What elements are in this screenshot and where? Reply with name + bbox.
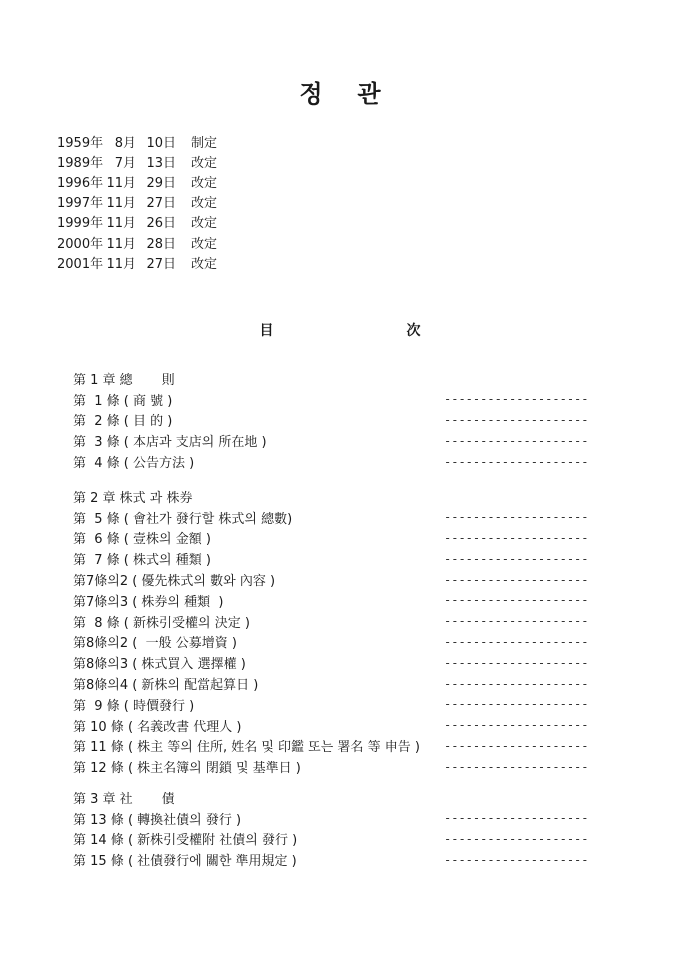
history-row: 2001年 11月 27日 改定 [57, 252, 217, 272]
history-row: 1999年 11月 26日 改定 [57, 212, 217, 232]
toc-entry: 第 10 條 ( 名義改書 代理人 ) -------------------- [0, 715, 680, 736]
toc-entry-label: 第 9 條 ( 時價發行 ) [73, 695, 194, 714]
toc-entry-label: 第 11 條 ( 株主 等의 住所, 姓名 및 印鑑 또는 署名 等 申告 ) [73, 736, 420, 755]
history-action: 改定 [191, 152, 217, 171]
toc-entry-label: 第 3 條 ( 本店과 支店의 所在地 ) [73, 431, 267, 450]
history-year: 1999年 [57, 212, 103, 231]
toc-entry: 第 4 條 ( 公告方法 ) -------------------- [0, 451, 680, 472]
history-day: 27日 [136, 192, 176, 211]
toc-entry: 第 7 條 ( 株式의 種類 ) -------------------- [0, 548, 680, 569]
toc-entry-label: 第 1 條 ( 商 號 ) [73, 390, 172, 409]
toc-entry-leader: -------------------- [444, 528, 589, 549]
toc-chapter-label: 第 1 章 總 則 [73, 369, 175, 388]
history-month: 11月 [103, 212, 136, 231]
history-month: 11月 [103, 253, 136, 272]
toc-chapter-2: 第 2 章 株式 과 株券 第 5 條 ( 會社가 發行할 株式의 總數) --… [0, 486, 680, 777]
toc-entry-leader: -------------------- [444, 410, 589, 431]
revision-history: 1959年 8月 10日 制定 1989年 7月 13日 改定 1996年 11… [57, 131, 217, 272]
toc-entry-leader: -------------------- [444, 611, 589, 632]
history-action: 改定 [191, 212, 217, 231]
history-month: 11月 [103, 233, 136, 252]
history-row: 1989年 7月 13日 改定 [57, 151, 217, 171]
history-day: 28日 [136, 233, 176, 252]
toc-entry-leader: -------------------- [444, 507, 589, 528]
toc-chapter-heading: 第 3 章 社 債 [0, 787, 680, 808]
toc-entry-label: 第 5 條 ( 會社가 發行할 株式의 總數) [73, 508, 292, 527]
toc-entry: 第 12 條 ( 株主名簿의 閉鎖 및 基準日 ) --------------… [0, 756, 680, 777]
toc-header-left: 目 [260, 320, 274, 340]
toc-entry-label: 第 10 條 ( 名義改書 代理人 ) [73, 716, 241, 735]
toc-entry: 第8條의4 ( 新株의 配當起算日 ) -------------------- [0, 673, 680, 694]
toc-entry: 第 2 條 ( 目 的 ) -------------------- [0, 410, 680, 431]
toc-entry-leader: -------------------- [444, 694, 589, 715]
toc-entry-leader: -------------------- [444, 652, 589, 673]
toc-entry-label: 第 2 條 ( 目 的 ) [73, 410, 172, 429]
history-row: 1996年 11月 29日 改定 [57, 171, 217, 191]
history-action: 改定 [191, 192, 217, 211]
toc-entry-leader: -------------------- [444, 849, 589, 870]
toc-entry-label: 第 6 條 ( 壹株의 金額 ) [73, 528, 211, 547]
toc-header: 目 次 [0, 320, 680, 340]
toc-entry-label: 第 14 條 ( 新株引受權附 社債의 發行 ) [73, 829, 297, 848]
history-day: 29日 [136, 172, 176, 191]
history-month: 11月 [103, 172, 136, 191]
toc-entry-leader: -------------------- [444, 673, 589, 694]
history-row: 1959年 8月 10日 制定 [57, 131, 217, 151]
toc-entry: 第8條의3 ( 株式買入 選擇權 ) -------------------- [0, 652, 680, 673]
toc-entry-label: 第8條의3 ( 株式買入 選擇權 ) [73, 653, 246, 672]
toc-entry-leader: -------------------- [444, 736, 589, 757]
document-page: 정 관 1959年 8月 10日 制定 1989年 7月 13日 改定 1996… [0, 0, 680, 962]
toc-entry-label: 第 4 條 ( 公告方法 ) [73, 452, 194, 471]
toc-entry-leader: -------------------- [444, 756, 589, 777]
toc-entry-leader: -------------------- [444, 715, 589, 736]
toc-entry-label: 第 7 條 ( 株式의 種類 ) [73, 549, 211, 568]
toc-entry: 第 3 條 ( 本店과 支店의 所在地 ) ------------------… [0, 430, 680, 451]
history-month: 7月 [103, 152, 136, 171]
history-day: 13日 [136, 152, 176, 171]
toc-entry-label: 第 13 條 ( 轉換社債의 發行 ) [73, 809, 241, 828]
toc-entry: 第 5 條 ( 會社가 發行할 株式의 總數) ----------------… [0, 507, 680, 528]
toc-entry-label: 第 8 條 ( 新株引受權의 決定 ) [73, 612, 250, 631]
toc-chapter-heading: 第 2 章 株式 과 株券 [0, 486, 680, 507]
history-day: 27日 [136, 253, 176, 272]
toc-entry: 第7條의3 ( 株券의 種類 ) -------------------- [0, 590, 680, 611]
history-day: 26日 [136, 212, 176, 231]
toc-entry-leader: -------------------- [444, 632, 589, 653]
history-row: 2000年 11月 28日 改定 [57, 232, 217, 252]
toc-entry: 第 11 條 ( 株主 等의 住所, 姓名 및 印鑑 또는 署名 等 申告 ) … [0, 736, 680, 757]
history-year: 2000年 [57, 233, 103, 252]
history-action: 改定 [191, 172, 217, 191]
page-title: 정 관 [0, 74, 680, 109]
toc-entry: 第 9 條 ( 時價發行 ) -------------------- [0, 694, 680, 715]
toc-entry-leader: -------------------- [444, 829, 589, 850]
history-day: 10日 [136, 132, 176, 151]
toc-entry: 第 15 條 ( 社債發行에 關한 準用規定 ) ---------------… [0, 849, 680, 870]
toc-chapter-3: 第 3 章 社 債 第 13 條 ( 轉換社債의 發行 ) ----------… [0, 787, 680, 870]
history-row: 1997年 11月 27日 改定 [57, 192, 217, 212]
history-year: 1959年 [57, 132, 103, 151]
history-year: 2001年 [57, 253, 103, 272]
toc-entry-label: 第7條의3 ( 株券의 種類 ) [73, 591, 223, 610]
toc-entry: 第 1 條 ( 商 號 ) -------------------- [0, 389, 680, 410]
toc-chapter-1: 第 1 章 總 則 第 1 條 ( 商 號 ) ----------------… [0, 368, 680, 472]
toc-entry-leader: -------------------- [444, 808, 589, 829]
toc-entry-leader: -------------------- [444, 389, 589, 410]
history-action: 改定 [191, 253, 217, 272]
toc-entry-leader: -------------------- [444, 569, 589, 590]
toc-entry-label: 第7條의2 ( 優先株式의 數와 內容 ) [73, 570, 275, 589]
toc-entry-leader: -------------------- [444, 451, 589, 472]
toc-entry: 第 6 條 ( 壹株의 金額 ) -------------------- [0, 528, 680, 549]
toc-chapter-label: 第 3 章 社 債 [73, 788, 175, 807]
history-year: 1989年 [57, 152, 103, 171]
toc-entry: 第7條의2 ( 優先株式의 數와 內容 ) ------------------… [0, 569, 680, 590]
toc-entry: 第 14 條 ( 新株引受權附 社債의 發行 ) ---------------… [0, 829, 680, 850]
toc-entry-leader: -------------------- [444, 430, 589, 451]
toc-entry: 第8條의2 ( 一般 公募增資 ) -------------------- [0, 632, 680, 653]
history-year: 1997年 [57, 192, 103, 211]
history-month: 8月 [103, 132, 136, 151]
toc-chapter-label: 第 2 章 株式 과 株券 [73, 487, 193, 506]
toc-entry: 第 13 條 ( 轉換社債의 發行 ) -------------------- [0, 808, 680, 829]
toc-entry-leader: -------------------- [444, 590, 589, 611]
history-action: 改定 [191, 233, 217, 252]
toc-entry: 第 8 條 ( 新株引受權의 決定 ) -------------------- [0, 611, 680, 632]
toc-entry-label: 第8條의2 ( 一般 公募增資 ) [73, 632, 237, 651]
toc-entry-label: 第 15 條 ( 社債發行에 關한 準用規定 ) [73, 850, 297, 869]
history-action: 制定 [191, 132, 217, 151]
toc-entry-label: 第8條의4 ( 新株의 配當起算日 ) [73, 674, 258, 693]
toc-entry-leader: -------------------- [444, 548, 589, 569]
toc-chapter-heading: 第 1 章 總 則 [0, 368, 680, 389]
history-month: 11月 [103, 192, 136, 211]
history-year: 1996年 [57, 172, 103, 191]
toc-header-right: 次 [407, 320, 421, 340]
toc-entry-label: 第 12 條 ( 株主名簿의 閉鎖 및 基準日 ) [73, 757, 301, 776]
